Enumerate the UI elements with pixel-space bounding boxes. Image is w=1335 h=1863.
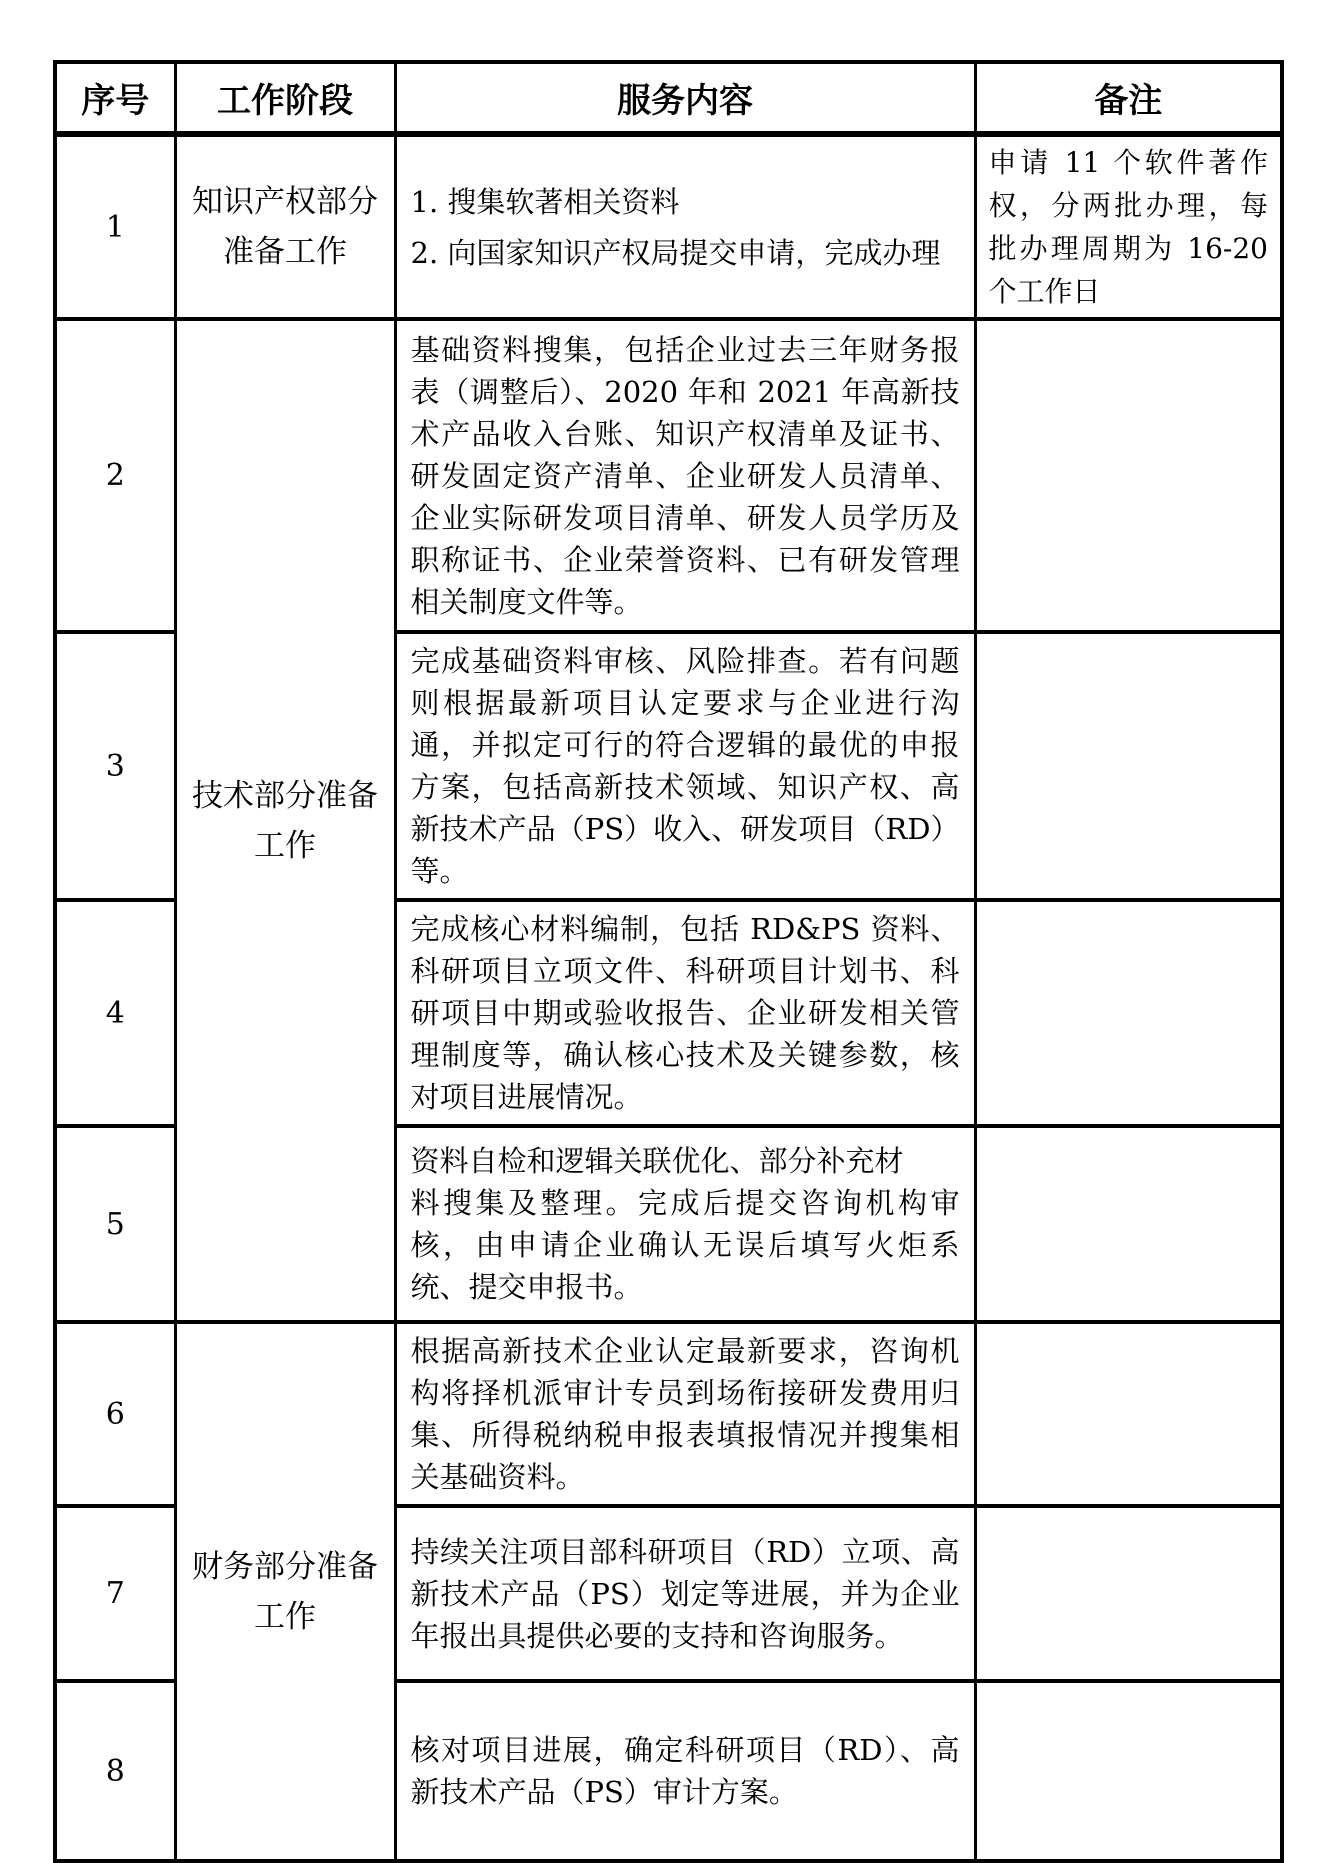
row-index-cell: 6 — [55, 1322, 175, 1506]
row-index-cell: 2 — [55, 319, 175, 632]
service-line: 料搜集及整理。完成后提交咨询机构审核，由申请企业确认无误后填写火炬系统、提交申报… — [411, 1182, 960, 1308]
service-cell: 持续关注项目部科研项目（RD）立项、高新技术产品（PS）划定等进展，并为企业年报… — [395, 1506, 975, 1681]
stage-cell-technical: 技术部分准备工作 — [175, 319, 395, 1322]
service-cell: 完成基础资料审核、风险排查。若有问题则根据最新项目认定要求与企业进行沟通，并拟定… — [395, 632, 975, 900]
row-index-cell: 3 — [55, 632, 175, 900]
remark-cell — [975, 632, 1282, 900]
col-header-service: 服务内容 — [395, 62, 975, 134]
row-index-cell: 5 — [55, 1126, 175, 1322]
service-line: 2. 向国家知识产权局提交申请，完成办理 — [411, 232, 960, 274]
remark-cell — [975, 900, 1282, 1126]
service-line: 资料自检和逻辑关联优化、部分补充材 — [411, 1140, 960, 1182]
row-index-cell: 7 — [55, 1506, 175, 1681]
header-row: 序号 工作阶段 服务内容 备注 — [55, 62, 1282, 134]
remark-cell — [975, 1506, 1282, 1681]
row-index-cell: 1 — [55, 134, 175, 319]
remark-cell — [975, 1126, 1282, 1322]
row-index-cell: 8 — [55, 1681, 175, 1861]
service-cell: 基础资料搜集，包括企业过去三年财务报表（调整后）、2020 年和 2021 年高… — [395, 319, 975, 632]
row-index-cell: 4 — [55, 900, 175, 1126]
remark-cell: 申请 11 个软件著作权，分两批办理，每批办理周期为 16-20 个工作日 — [975, 134, 1282, 319]
col-header-stage: 工作阶段 — [175, 62, 395, 134]
service-cell: 资料自检和逻辑关联优化、部分补充材 料搜集及整理。完成后提交咨询机构审核，由申请… — [395, 1126, 975, 1322]
document-page: 序号 工作阶段 服务内容 备注 1 知识产权部分准备工作 1. 搜集软著相关资料… — [0, 0, 1335, 1844]
service-cell: 根据高新技术企业认定最新要求，咨询机构将择机派审计专员到场衔接研发费用归集、所得… — [395, 1322, 975, 1506]
remark-cell — [975, 1681, 1282, 1861]
service-cell: 1. 搜集软著相关资料 2. 向国家知识产权局提交申请，完成办理 — [395, 134, 975, 319]
table-row: 6 财务部分准备工作 根据高新技术企业认定最新要求，咨询机构将择机派审计专员到场… — [55, 1322, 1282, 1506]
service-line: 1. 搜集软著相关资料 — [411, 181, 960, 223]
service-cell: 核对项目进展，确定科研项目（RD）、高新技术产品（PS）审计方案。 — [395, 1681, 975, 1861]
stage-cell-ip: 知识产权部分准备工作 — [175, 134, 395, 319]
table-row: 2 技术部分准备工作 基础资料搜集，包括企业过去三年财务报表（调整后）、2020… — [55, 319, 1282, 632]
stage-cell-financial: 财务部分准备工作 — [175, 1322, 395, 1861]
remark-cell — [975, 319, 1282, 632]
table-row: 1 知识产权部分准备工作 1. 搜集软著相关资料 2. 向国家知识产权局提交申请… — [55, 134, 1282, 319]
col-header-index: 序号 — [55, 62, 175, 134]
service-cell: 完成核心材料编制，包括 RD&PS 资料、科研项目立项文件、科研项目计划书、科研… — [395, 900, 975, 1126]
service-stages-table: 序号 工作阶段 服务内容 备注 1 知识产权部分准备工作 1. 搜集软著相关资料… — [53, 60, 1284, 1863]
remark-cell — [975, 1322, 1282, 1506]
col-header-remark: 备注 — [975, 62, 1282, 134]
